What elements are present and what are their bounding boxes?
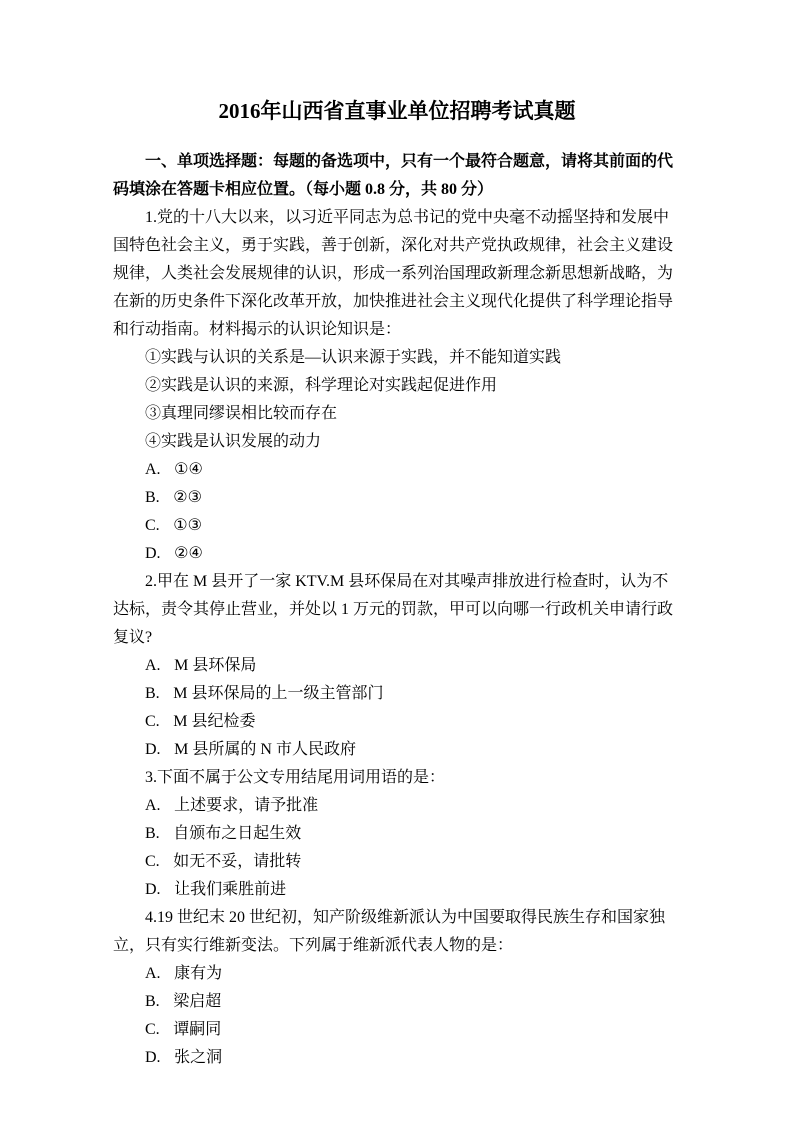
question-stem: 1.党的十八大以来，以习近平同志为总书记的党中央毫不动摇坚持和发展中国特色社会主… <box>113 204 681 344</box>
option-letter: B. <box>145 988 160 1016</box>
option-text: ②④ <box>174 545 203 562</box>
question-options: A.上述要求，请予批准 B.自颁布之日起生效 C.如无不妥，请批转 D.让我们乘… <box>113 792 681 904</box>
question-subitem: ①实践与认识的关系是—认识来源于实践，并不能知道实践 <box>113 344 681 372</box>
answer-option: B.自颁布之日起生效 <box>113 820 681 848</box>
questions-list: 1.党的十八大以来，以习近平同志为总书记的党中央毫不动摇坚持和发展中国特色社会主… <box>113 204 681 1072</box>
option-letter: D. <box>145 540 161 568</box>
option-text: 康有为 <box>174 965 222 982</box>
question-subitem: ③真理同缪误相比较而存在 <box>113 400 681 428</box>
option-text: ①③ <box>173 517 202 534</box>
answer-option: C.谭嗣同 <box>113 1016 681 1044</box>
answer-option: B.梁启超 <box>113 988 681 1016</box>
option-letter: A. <box>145 792 161 820</box>
option-letter: C. <box>145 1016 160 1044</box>
option-letter: B. <box>145 680 160 708</box>
option-text: ②③ <box>173 489 202 506</box>
answer-option: D.让我们乘胜前进 <box>113 876 681 904</box>
option-letter: B. <box>145 484 160 512</box>
section-heading: 一、单项选择题：每题的备选项中，只有一个最符合题意，请将其前面的代码填涂在答题卡… <box>113 148 681 204</box>
question-block: 3.下面不属于公文专用结尾用词用语的是： A.上述要求，请予批准 B.自颁布之日… <box>113 764 681 904</box>
answer-option: A.M 县环保局 <box>113 652 681 680</box>
option-text: 自颁布之日起生效 <box>173 825 301 842</box>
option-text: M 县环保局 <box>174 657 256 674</box>
answer-option: C.①③ <box>113 512 681 540</box>
question-subitems: ①实践与认识的关系是—认识来源于实践，并不能知道实践 ②实践是认识的来源，科学理… <box>113 344 681 456</box>
option-text: 张之洞 <box>174 1049 222 1066</box>
option-text: 如无不妥，请批转 <box>173 853 301 870</box>
option-text: 让我们乘胜前进 <box>174 881 286 898</box>
answer-option: A.上述要求，请予批准 <box>113 792 681 820</box>
option-letter: C. <box>145 708 160 736</box>
answer-option: B.M 县环保局的上一级主管部门 <box>113 680 681 708</box>
question-block: 4.19 世纪末 20 世纪初，知产阶级维新派认为中国要取得民族生存和国家独立，… <box>113 904 681 1072</box>
option-letter: D. <box>145 1044 161 1072</box>
option-text: 上述要求，请予批准 <box>174 797 318 814</box>
option-text: 梁启超 <box>173 993 221 1010</box>
option-letter: A. <box>145 456 161 484</box>
question-options: A.康有为 B.梁启超 C.谭嗣同 D.张之洞 <box>113 960 681 1072</box>
answer-option: A.①④ <box>113 456 681 484</box>
question-stem: 4.19 世纪末 20 世纪初，知产阶级维新派认为中国要取得民族生存和国家独立，… <box>113 904 681 960</box>
option-text: M 县环保局的上一级主管部门 <box>173 685 383 702</box>
answer-option: D.②④ <box>113 540 681 568</box>
option-letter: D. <box>145 876 161 904</box>
answer-option: C.如无不妥，请批转 <box>113 848 681 876</box>
answer-option: B.②③ <box>113 484 681 512</box>
option-text: 谭嗣同 <box>173 1021 221 1038</box>
answer-option: A.康有为 <box>113 960 681 988</box>
question-stem: 3.下面不属于公文专用结尾用词用语的是： <box>113 764 681 792</box>
answer-option: D.张之洞 <box>113 1044 681 1072</box>
answer-option: C.M 县纪检委 <box>113 708 681 736</box>
question-options: A.①④ B.②③ C.①③ D.②④ <box>113 456 681 568</box>
question-subitem: ④实践是认识发展的动力 <box>113 428 681 456</box>
question-options: A.M 县环保局 B.M 县环保局的上一级主管部门 C.M 县纪检委 D.M 县… <box>113 652 681 764</box>
option-text: M 县纪检委 <box>173 713 255 730</box>
question-stem: 2.甲在 M 县开了一家 KTV.M 县环保局在对其噪声排放进行检查时，认为不达… <box>113 568 681 652</box>
question-block: 2.甲在 M 县开了一家 KTV.M 县环保局在对其噪声排放进行检查时，认为不达… <box>113 568 681 764</box>
option-text: ①④ <box>174 461 203 478</box>
option-text: M 县所属的 N 市人民政府 <box>174 741 356 758</box>
option-letter: C. <box>145 512 160 540</box>
document-title: 2016年山西省直事业单位招聘考试真题 <box>113 96 681 126</box>
option-letter: A. <box>145 960 161 988</box>
option-letter: A. <box>145 652 161 680</box>
question-subitem: ②实践是认识的来源，科学理论对实践起促进作用 <box>113 372 681 400</box>
option-letter: C. <box>145 848 160 876</box>
question-block: 1.党的十八大以来，以习近平同志为总书记的党中央毫不动摇坚持和发展中国特色社会主… <box>113 204 681 568</box>
answer-option: D.M 县所属的 N 市人民政府 <box>113 736 681 764</box>
option-letter: D. <box>145 736 161 764</box>
option-letter: B. <box>145 820 160 848</box>
document-page: 2016年山西省直事业单位招聘考试真题 一、单项选择题：每题的备选项中，只有一个… <box>0 0 794 1123</box>
